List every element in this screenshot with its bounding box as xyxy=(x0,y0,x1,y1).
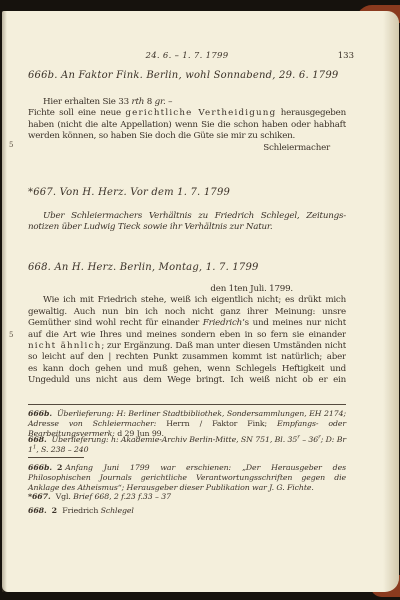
page-header: 24. 6. – 1. 7. 1799 133 xyxy=(28,51,346,63)
body-line: Ungeduld uns nicht aus dem Wege bringt. … xyxy=(28,375,346,386)
book-scan: 24. 6. – 1. 7. 1799 133 666b. An Faktor … xyxy=(0,0,400,600)
letter-666b-body: Hier erhalten Sie 33 rth 8 gr. – Fichte … xyxy=(28,97,346,154)
text-segment-italic: Schlegel xyxy=(101,506,134,515)
text-segment: herausgegeben xyxy=(276,108,346,118)
apparatus-note-668: 668.Überlieferung: h: Akademie-Archiv Be… xyxy=(28,435,346,455)
body-line: Hier erhalten Sie 33 rth 8 gr. – xyxy=(28,97,346,108)
body-line: werden können, so haben Sie doch die Güt… xyxy=(28,131,346,142)
letter-668-heading: 668. An H. Herz. Berlin, Montag, 1. 7. 1… xyxy=(28,262,346,273)
letter-666b-heading: 666b. An Faktor Fink. Berlin, wohl Sonna… xyxy=(28,70,346,81)
footnote-label: *667. xyxy=(28,492,56,501)
text-segment-italic: rth xyxy=(132,97,145,107)
footnote-label: 666b. xyxy=(28,409,57,418)
footnote-label: 666b. xyxy=(28,463,57,472)
footnote-label: 668. xyxy=(28,506,52,515)
text-segment-italic: gr. xyxy=(155,97,166,107)
text-segment: ; zur Ergänzung. Daß man unter diesen Um… xyxy=(101,341,346,351)
letter-667-summary: Über Schleiermachers Verhältnis zu Fried… xyxy=(28,211,346,234)
apparatus-rule xyxy=(28,404,346,405)
text-segment: – xyxy=(166,97,173,107)
body-line: gewaltig. Auch nun bin ich noch nicht ga… xyxy=(28,307,346,318)
commentary-note-667: *667.Vgl. Brief 668, 2 f.23 f.33 – 37 xyxy=(28,492,346,502)
text-segment-italic: Friedrich xyxy=(203,318,242,328)
signature: Schleiermacher xyxy=(28,143,346,154)
text-segment-italic: Überlieferung: h: Akademie-Archiv Berlin… xyxy=(52,435,298,444)
commentary-note-668: 668.2 Friedrich Schlegel xyxy=(28,506,346,516)
book-page: 24. 6. – 1. 7. 1799 133 666b. An Faktor … xyxy=(2,11,399,592)
letter-668-body: den 1ten Juli. 1799. Wie ich mit Friedri… xyxy=(28,284,346,387)
text-segment-italic: – 36 xyxy=(300,435,318,444)
text-segment-spaced: gerichtliche Vertheidigung xyxy=(125,108,276,118)
body-line: haben (nicht die alte Appellation) wenn … xyxy=(28,120,346,131)
text-segment-italic: Brief 668, 2 f.23 f.33 – 37 xyxy=(73,492,171,501)
body-line: Wie ich mit Friedrich stehe, weiß ich ei… xyxy=(28,295,346,306)
commentary-rule xyxy=(28,457,84,458)
running-head: 24. 6. – 1. 7. 1799 xyxy=(28,51,346,61)
body-line: nicht ähnlich; zur Ergänzung. Daß man un… xyxy=(28,341,346,352)
text-segment-italic: , S. 238 – 240 xyxy=(36,445,88,454)
body-line: auf die Art wie Ihres und meines sondern… xyxy=(28,330,346,341)
text-segment: Herrn / Faktor Fink; xyxy=(156,419,277,428)
body-line: Fichte soll eine neue gerichtliche Verth… xyxy=(28,108,346,119)
line-reference: 2 xyxy=(52,506,60,515)
commentary-note-666b: 666b.2Anfang Juni 1799 war erschienen: „… xyxy=(28,463,346,493)
letter-667-heading: *667. Von H. Herz. Vor dem 1. 7. 1799 xyxy=(28,187,346,198)
text-segment: 8 xyxy=(144,97,154,107)
body-line: es kann doch gehen und muß gehen, wenn S… xyxy=(28,364,346,375)
text-segment: Hier erhalten Sie 33 xyxy=(43,97,132,107)
text-segment-spaced: nicht ähnlich xyxy=(28,341,101,351)
text-segment: Vgl. xyxy=(56,492,74,501)
margin-line-number: 5 xyxy=(9,331,13,339)
body-line: Gemüther sind wohl recht für einander Fr… xyxy=(28,318,346,329)
text-segment-italic: Anfang Juni 1799 war erschienen: „Der He… xyxy=(28,463,346,492)
footnote-label: 668. xyxy=(28,435,52,444)
dateline: den 1ten Juli. 1799. xyxy=(28,284,346,295)
summary-line: notizen über Ludwig Tieck sowie ihr Verh… xyxy=(28,222,346,233)
text-segment: Friedrich xyxy=(60,506,101,515)
page-number: 133 xyxy=(338,51,354,61)
summary-line: Über Schleiermachers Verhältnis zu Fried… xyxy=(28,211,346,222)
text-segment: ’s und meines nur nicht xyxy=(242,318,346,328)
text-segment: Fichte soll eine neue xyxy=(28,108,125,118)
margin-line-number: 5 xyxy=(9,141,13,149)
body-line: so leicht auf den | rechten Punkt zusamm… xyxy=(28,352,346,363)
text-segment: Gemüther sind wohl recht für einander xyxy=(28,318,203,328)
